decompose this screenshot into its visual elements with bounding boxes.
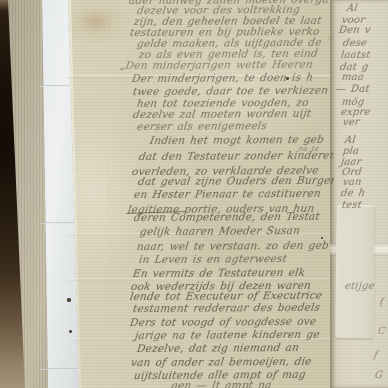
manuscript-line: na te	[298, 146, 320, 154]
manuscript-line: f	[373, 350, 379, 361]
manuscript-photo: ader hanweg zullen moeten overgadezelve …	[0, 0, 388, 388]
manuscript-line: (	[379, 296, 385, 308]
text-fragments: na teetijge(CfG	[0, 0, 388, 388]
manuscript-line: G	[374, 370, 384, 381]
manuscript-line: etijge	[344, 281, 375, 292]
manuscript-line: C	[377, 326, 387, 337]
